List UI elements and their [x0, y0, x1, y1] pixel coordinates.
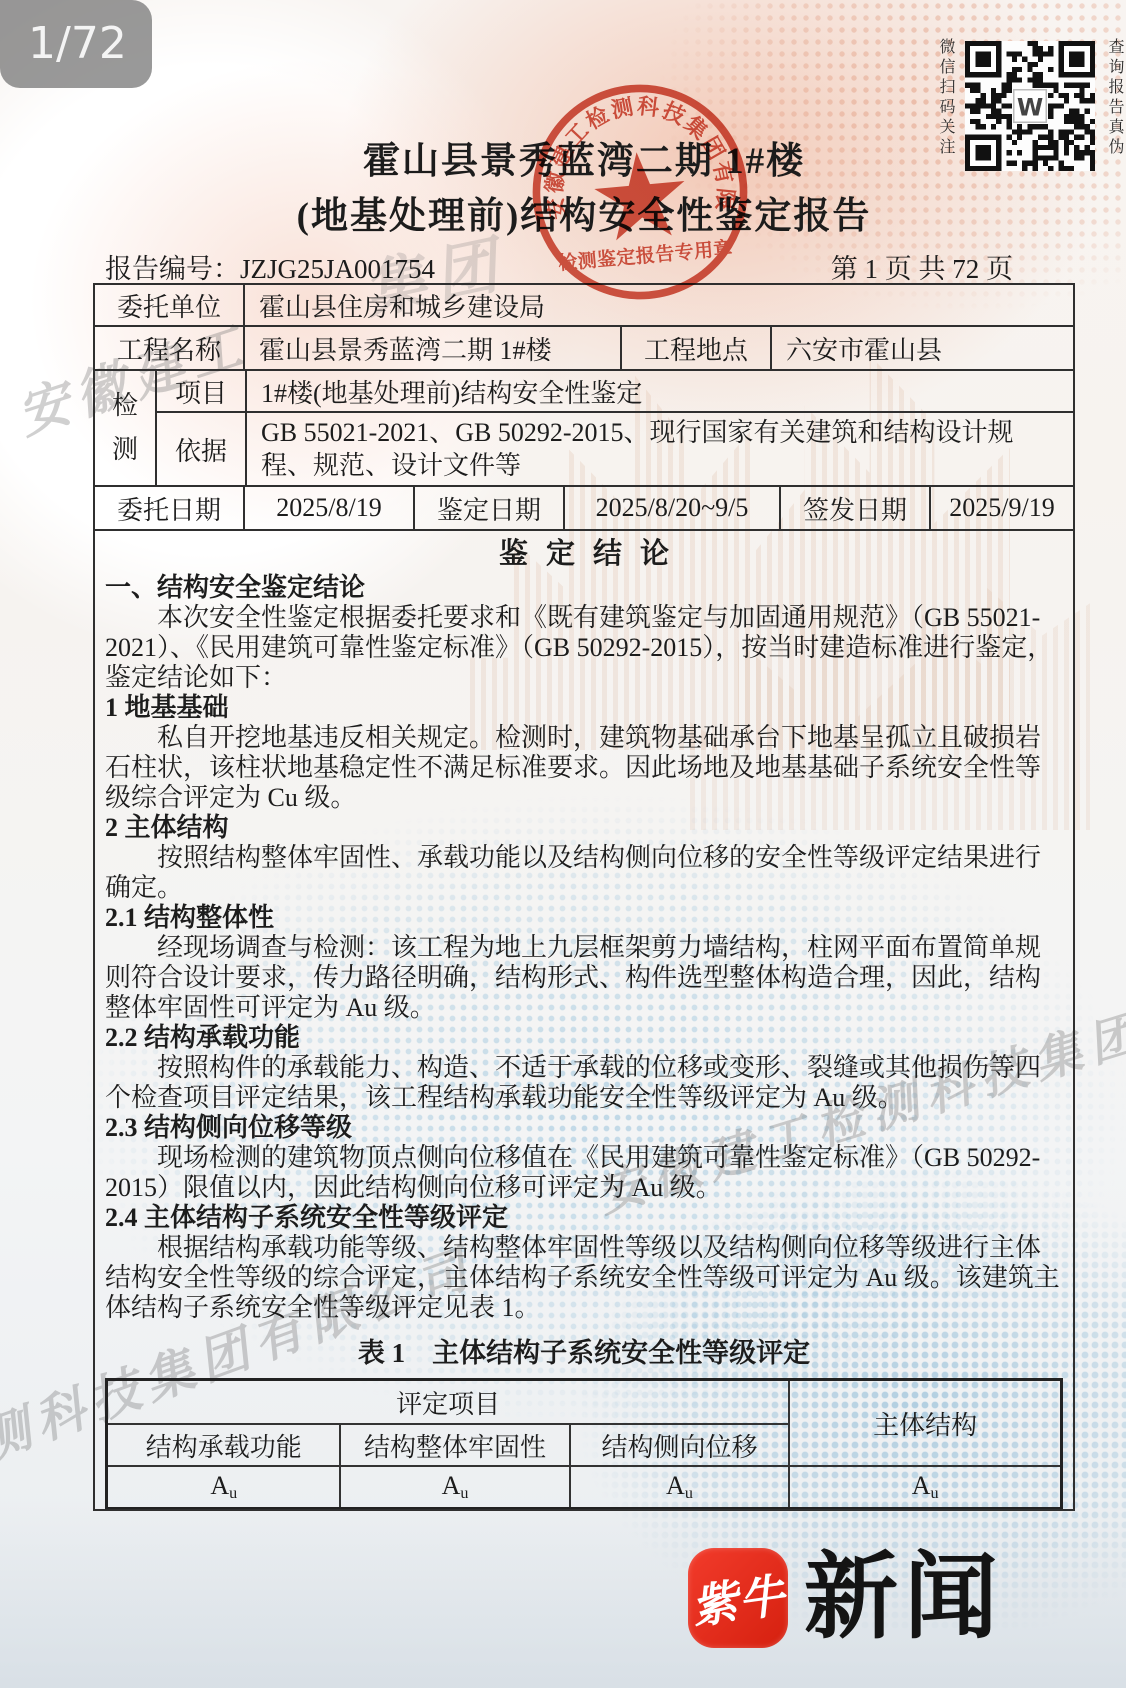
qr-center-logo: W: [1017, 93, 1043, 121]
conclusion-paragraph: 按照结构整体牢固性、承载功能以及结构侧向位移的安全性等级评定结果进行确定。: [105, 843, 1065, 903]
table1-header-main: 主体结构: [789, 1380, 1061, 1467]
item-label: 项目: [157, 371, 247, 411]
qr-code-icon: W: [965, 41, 1095, 171]
stamp-star-icon: [591, 148, 689, 242]
basis-label: 依据: [157, 413, 247, 485]
conclusion-paragraph: 经现场调查与检测：该工程为地上九层框架剪力墙结构，柱网平面布置简单规则符合设计要…: [105, 933, 1065, 1023]
conclusion-paragraph: 现场检测的建筑物顶点侧向位移值在《民用建筑可靠性鉴定标准》（GB 50292-2…: [105, 1143, 1065, 1203]
news-logo-badge-icon: 紫牛: [688, 1548, 788, 1648]
conclusion-section-heading: 1 地基基础: [105, 693, 1065, 723]
entrust-date-value: 2025/8/19: [245, 487, 415, 529]
table1-column-header: 结构承载功能: [107, 1424, 341, 1466]
conclusion-body: 一、结构安全鉴定结论 本次安全性鉴定根据委托要求和《既有建筑鉴定与加固通用规范》…: [95, 571, 1073, 1323]
conclusion-section-heading: 2.3 结构侧向位移等级: [105, 1113, 1065, 1143]
location-label: 工程地点: [622, 327, 772, 369]
location-value: 六安市霍山县: [772, 327, 1073, 369]
table1-grade-cell: Au: [789, 1466, 1061, 1509]
appraisal-date-value: 2025/8/20~9/5: [565, 487, 781, 529]
qr-right-caption: 查询报告真伪: [1103, 38, 1126, 174]
client-label: 委托单位: [95, 285, 245, 325]
conclusion-section-heading: 2.2 结构承载功能: [105, 1023, 1065, 1053]
conclusion-paragraph: 按照构件的承载能力、构造、不适于承载的位移或变形、裂缝或其他损伤等四个检查项目评…: [105, 1053, 1065, 1113]
news-logo: 紫牛 新闻: [688, 1548, 1004, 1648]
table-row-group: 检测 项目 1#楼(地基处理前)结构安全性鉴定 依据 GB 55021-2021…: [95, 371, 1073, 487]
conclusion-paragraph: 本次安全性鉴定根据委托要求和《既有建筑鉴定与加固通用规范》（GB 55021-2…: [105, 603, 1065, 693]
official-stamp: 安徽建工检测科技集团有限公司 检测鉴定报告专用章: [516, 68, 763, 315]
conclusion-paragraph: 私自开挖地基违反相关规定。检测时，建筑物基础承台下地基呈孤立且破损岩石柱状，该柱…: [105, 723, 1065, 813]
table-row: 项目 1#楼(地基处理前)结构安全性鉴定: [157, 371, 1073, 413]
page-indicator-badge: 1/72: [0, 0, 152, 88]
table1-caption: 表 1 主体结构子系统安全性等级评定: [95, 1331, 1073, 1370]
conclusion-section-heading: 2 主体结构: [105, 813, 1065, 843]
conclusion-section-heading: 2.1 结构整体性: [105, 903, 1065, 933]
inspection-label: 检测: [95, 371, 157, 485]
table1-header-group: 评定项目: [107, 1380, 790, 1425]
conclusion-heading: 鉴定结论: [95, 531, 1073, 571]
table-row: 委托日期 2025/8/19 鉴定日期 2025/8/20~9/5 签发日期 2…: [95, 487, 1073, 531]
table1: 评定项目 主体结构 结构承载功能 结构整体牢固性 结构侧向位移 Au Au Au…: [105, 1378, 1063, 1510]
qr-left-caption: 微信扫码关注: [934, 38, 957, 174]
conclusion-section-heading: 2.4 主体结构子系统安全性等级评定: [105, 1203, 1065, 1233]
table1-grade-cell: Au: [107, 1466, 341, 1509]
issue-date-value: 2025/9/19: [931, 487, 1073, 529]
entrust-date-label: 委托日期: [95, 487, 245, 529]
conclusion-paragraph: 根据结构承载功能等级、结构整体牢固性等级以及结构侧向位移等级进行主体结构安全性等…: [105, 1233, 1065, 1323]
table-row: 工程名称 霍山县景秀蓝湾二期 1#楼 工程地点 六安市霍山县: [95, 327, 1073, 371]
page-info: 第 1 页 共 72 页: [831, 247, 1013, 286]
table1-column-header: 结构侧向位移: [570, 1424, 790, 1466]
issue-date-label: 签发日期: [781, 487, 931, 529]
report-table-frame: 委托单位 霍山县住房和城乡建设局 工程名称 霍山县景秀蓝湾二期 1#楼 工程地点…: [93, 283, 1075, 1511]
report-number: 报告编号：JZJG25JA001754: [105, 247, 435, 286]
appraisal-date-label: 鉴定日期: [415, 487, 565, 529]
table-row: 依据 GB 55021-2021、GB 50292-2015、现行国家有关建筑和…: [157, 413, 1073, 485]
basis-value: GB 55021-2021、GB 50292-2015、现行国家有关建筑和结构设…: [247, 413, 1073, 485]
table1-grade-cell: Au: [570, 1466, 790, 1509]
conclusion-section-heading: 一、结构安全鉴定结论: [105, 573, 1065, 603]
table1-section: 表 1 主体结构子系统安全性等级评定 评定项目 主体结构 结构承载功能 结构整体…: [95, 1323, 1073, 1511]
project-value: 霍山县景秀蓝湾二期 1#楼: [245, 327, 622, 369]
table1-grade-cell: Au: [340, 1466, 569, 1509]
project-label: 工程名称: [95, 327, 245, 369]
qr-block: 微信扫码关注 W 查询报告真伪: [934, 32, 1126, 180]
item-value: 1#楼(地基处理前)结构安全性鉴定: [247, 371, 1073, 411]
table1-column-header: 结构整体牢固性: [340, 1424, 569, 1466]
news-logo-wordmark: 新闻: [804, 1548, 1004, 1648]
